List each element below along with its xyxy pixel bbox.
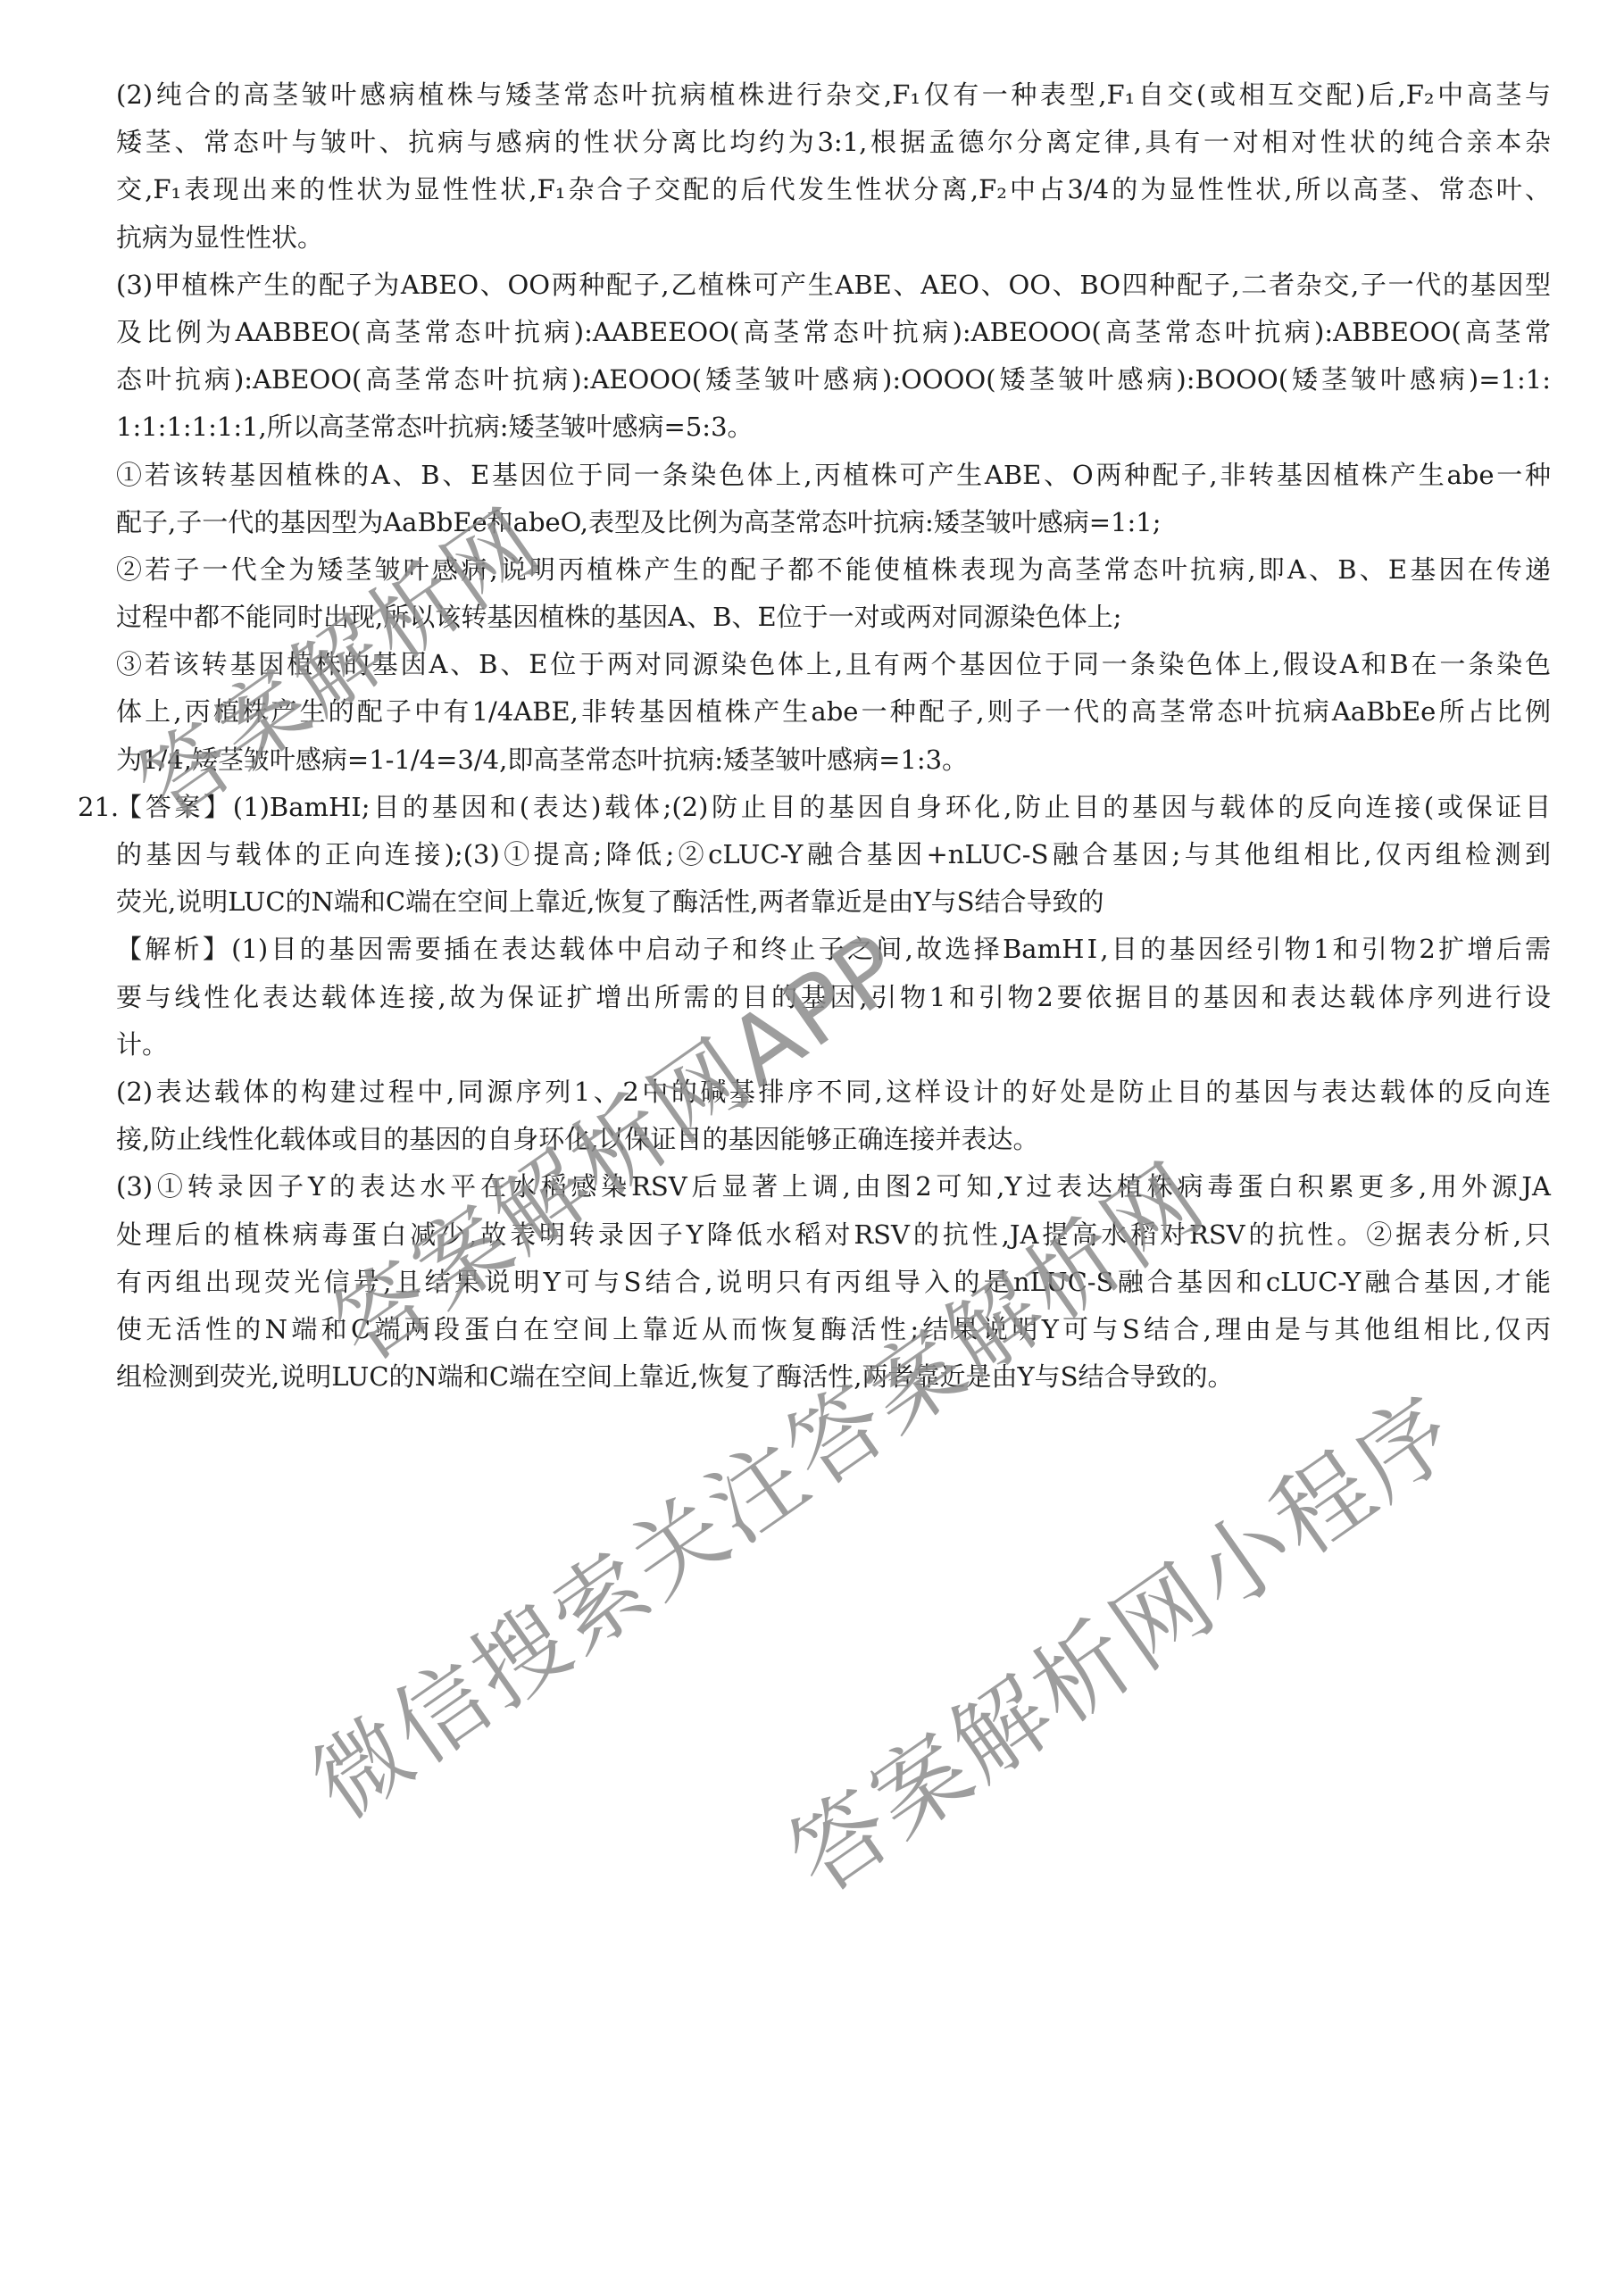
answer-document: (2)纯合的高茎皱叶感病植株与矮茎常态叶抗病植株进行杂交,F₁仅有一种表型,F₁… bbox=[116, 71, 1551, 1401]
text-line: 计。 bbox=[116, 1021, 1551, 1069]
text-line: 组检测到荧光,说明LUC的N端和C端在空间上靠近,恢复了酶活性,两者靠近是由Y与… bbox=[116, 1353, 1551, 1401]
paragraph-q20-part3: (3)甲植株产生的配子为ABEO、OO两种配子,乙植株可产生ABE、AEO、OO… bbox=[116, 262, 1551, 452]
text-line: ③若该转基因植株的基因A、B、E位于两对同源染色体上,且有两个基因位于同一条染色… bbox=[116, 641, 1551, 688]
text-line: 交,F₁表现出来的性状为显性性状,F₁杂合子交配的后代发生性状分离,F₂中占3/… bbox=[116, 166, 1551, 213]
paragraph-q21-analysis-3: (3)①转录因子Y的表达水平在水稻感染RSV后显著上调,由图2可知,Y过表达植株… bbox=[116, 1163, 1551, 1401]
paragraph-q21-answer: 21. 【答案】(1)BamHI;目的基因和(表达)载体;(2)防止目的基因自身… bbox=[116, 784, 1551, 927]
text-line: 【解析】(1)目的基因需要插在表达载体中启动子和终止子之间,故选择BamHⅠ,目… bbox=[116, 926, 1551, 973]
text-line: 为1/4,矮茎皱叶感病=1-1/4=3/4,即高茎常态叶抗病:矮茎皱叶感病=1:… bbox=[116, 736, 1551, 784]
text-line: 配子,子一代的基因型为AaBbEe和abeO,表型及比例为高茎常态叶抗病:矮茎皱… bbox=[116, 499, 1551, 546]
text-line: 使无活性的N端和C端两段蛋白在空间上靠近从而恢复酶活性;结果说明Y可与S结合,理… bbox=[116, 1306, 1551, 1353]
text-line: 的基因与载体的正向连接);(3)①提高;降低;②cLUC-Y融合基因+nLUC-… bbox=[116, 831, 1551, 878]
paragraph-q21-analysis-2: (2)表达载体的构建过程中,同源序列1、2中的碱基排序不同,这样设计的好处是防止… bbox=[116, 1069, 1551, 1163]
text-line: 态叶抗病):ABEOO(高茎常态叶抗病):AEOOO(矮茎皱叶感病):OOOO(… bbox=[116, 356, 1551, 403]
text-line: 处理后的植株病毒蛋白减少,故表明转录因子Y降低水稻对RSV的抗性,JA提高水稻对… bbox=[116, 1211, 1551, 1259]
paragraph-q20-part3-case3: ③若该转基因植株的基因A、B、E位于两对同源染色体上,且有两个基因位于同一条染色… bbox=[116, 641, 1551, 784]
paragraph-q20-part3-case2: ②若子一代全为矮茎皱叶感病,说明丙植株产生的配子都不能使植株表现为高茎常态叶抗病… bbox=[116, 546, 1551, 641]
watermark: 答案解析网小程序 bbox=[775, 1380, 1473, 1909]
text-line: 接,防止线性化载体或目的基因的自身环化,以保证目的基因能够正确连接并表达。 bbox=[116, 1116, 1551, 1163]
question-number: 21. bbox=[78, 784, 119, 831]
text-line: 抗病为显性性状。 bbox=[116, 214, 1551, 262]
paragraph-q21-analysis-1: 【解析】(1)目的基因需要插在表达载体中启动子和终止子之间,故选择BamHⅠ,目… bbox=[116, 926, 1551, 1069]
text-line: 过程中都不能同时出现,所以该转基因植株的基因A、B、E位于一对或两对同源染色体上… bbox=[116, 594, 1551, 641]
text-line: 【答案】(1)BamHI;目的基因和(表达)载体;(2)防止目的基因自身环化,防… bbox=[116, 784, 1551, 831]
text-line: 及比例为AABBEO(高茎常态叶抗病):AABEEOO(高茎常态叶抗病):ABE… bbox=[116, 309, 1551, 356]
text-line: 荧光,说明LUC的N端和C端在空间上靠近,恢复了酶活性,两者靠近是由Y与S结合导… bbox=[116, 878, 1551, 926]
text-line: (3)①转录因子Y的表达水平在水稻感染RSV后显著上调,由图2可知,Y过表达植株… bbox=[116, 1163, 1551, 1210]
text-line: 1:1:1:1:1:1,所以高茎常态叶抗病:矮茎皱叶感病=5:3。 bbox=[116, 403, 1551, 451]
text-line: (3)甲植株产生的配子为ABEO、OO两种配子,乙植株可产生ABE、AEO、OO… bbox=[116, 262, 1551, 309]
text-line: (2)表达载体的构建过程中,同源序列1、2中的碱基排序不同,这样设计的好处是防止… bbox=[116, 1069, 1551, 1116]
paragraph-q20-part2: (2)纯合的高茎皱叶感病植株与矮茎常态叶抗病植株进行杂交,F₁仅有一种表型,F₁… bbox=[116, 71, 1551, 262]
text-line: ①若该转基因植株的A、B、E基因位于同一条染色体上,丙植株可产生ABE、O两种配… bbox=[116, 452, 1551, 499]
text-line: (2)纯合的高茎皱叶感病植株与矮茎常态叶抗病植株进行杂交,F₁仅有一种表型,F₁… bbox=[116, 71, 1551, 119]
text-line: 体上,丙植株产生的配子中有1/4ABE,非转基因植株产生abe一种配子,则子一代… bbox=[116, 688, 1551, 736]
text-line: ②若子一代全为矮茎皱叶感病,说明丙植株产生的配子都不能使植株表现为高茎常态叶抗病… bbox=[116, 546, 1551, 594]
text-line: 矮茎、常态叶与皱叶、抗病与感病的性状分离比均约为3:1,根据孟德尔分离定律,具有… bbox=[116, 119, 1551, 166]
text-line: 有丙组出现荧光信号,且结果说明Y可与S结合,说明只有丙组导入的是nLUC-S融合… bbox=[116, 1259, 1551, 1306]
text-line: 要与线性化表达载体连接,故为保证扩增出所需的目的基因,引物1和引物2要依据目的基… bbox=[116, 974, 1551, 1021]
paragraph-q20-part3-case1: ①若该转基因植株的A、B、E基因位于同一条染色体上,丙植株可产生ABE、O两种配… bbox=[116, 452, 1551, 546]
